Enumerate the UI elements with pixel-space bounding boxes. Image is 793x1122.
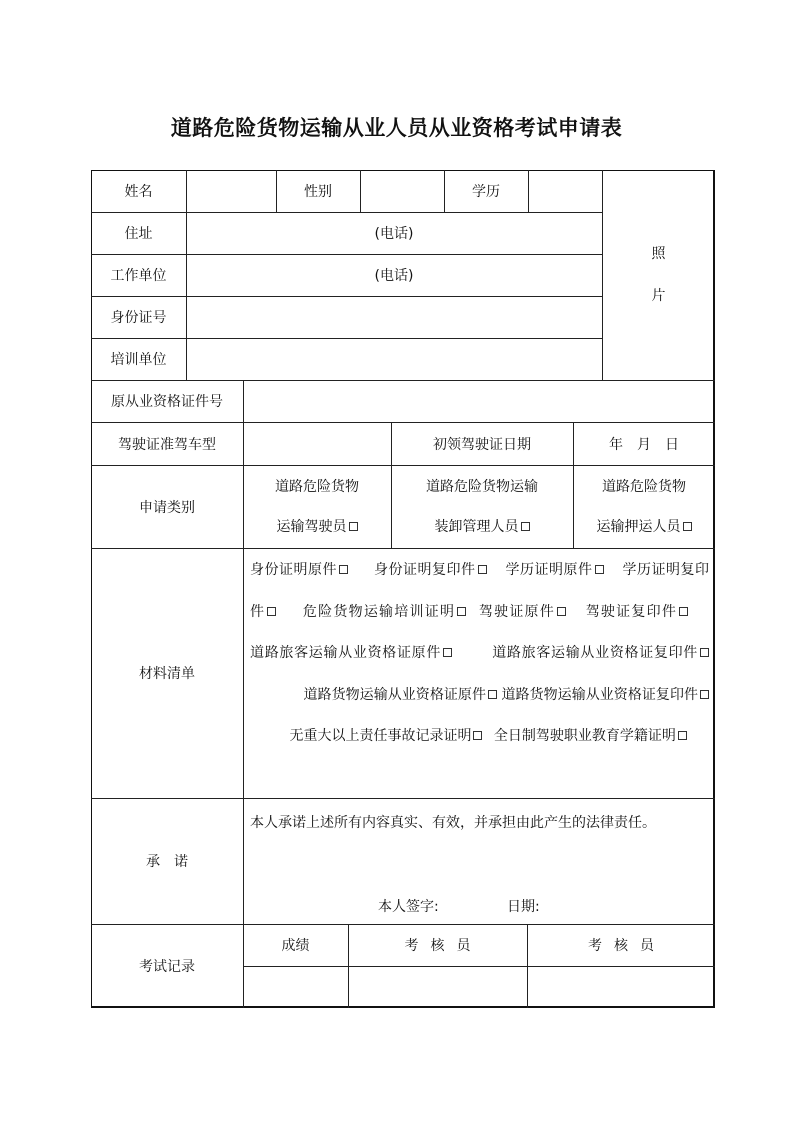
signature-label: 本人签字: [378, 896, 439, 916]
checkbox-icon[interactable] [443, 648, 452, 657]
material-item[interactable]: 道路货物运输从业资格证复印件 [502, 687, 710, 703]
category-option-text: 道路危险货物 [602, 467, 686, 507]
material-item[interactable]: 驾驶证复印件 [586, 604, 688, 620]
checkbox-icon[interactable] [488, 690, 497, 699]
employer-field[interactable]: (电话) [186, 254, 602, 296]
education-label: 学历 [444, 170, 528, 212]
education-field[interactable] [528, 170, 602, 212]
checkbox-icon[interactable] [678, 731, 687, 740]
vehicle-class-field[interactable] [243, 422, 391, 465]
checkbox-icon[interactable] [478, 565, 487, 574]
checkbox-icon[interactable] [267, 607, 276, 616]
category-option-escort[interactable]: 道路危险货物 运输押运人员 [573, 465, 715, 548]
original-cert-field[interactable] [243, 380, 715, 422]
photo-label-2: 片 [652, 275, 666, 317]
category-option-text: 运输押运人员 [597, 519, 681, 535]
material-item[interactable]: 学历证明原件 [506, 562, 604, 578]
material-item[interactable]: 身份证明复印件 [374, 562, 487, 578]
address-field[interactable]: (电话) [186, 212, 602, 254]
gender-label: 性别 [276, 170, 360, 212]
material-item[interactable]: 危险货物运输培训证明 [303, 604, 466, 620]
checkbox-icon[interactable] [339, 565, 348, 574]
checkbox-icon[interactable] [349, 522, 358, 531]
checkbox-icon[interactable] [457, 607, 466, 616]
first-issue-date-label: 初领驾驶证日期 [391, 422, 573, 465]
checkbox-icon[interactable] [473, 731, 482, 740]
employer-label: 工作单位 [91, 254, 186, 296]
checkbox-icon[interactable] [557, 607, 566, 616]
photo-area[interactable]: 照 片 [602, 170, 715, 380]
material-item[interactable]: 驾驶证原件 [479, 604, 566, 620]
training-unit-label: 培训单位 [91, 338, 186, 380]
exam-record-label: 考试记录 [91, 924, 243, 1008]
checkbox-icon[interactable] [700, 690, 709, 699]
category-option-text: 装卸管理人员 [435, 519, 519, 535]
material-item[interactable]: 无重大以上责任事故记录证明 [289, 728, 482, 744]
pledge-date-label: 日期: [507, 896, 540, 916]
material-item[interactable]: 全日制驾驶职业教育学籍证明 [494, 728, 687, 744]
form-title: 道路危险货物运输从业人员从业资格考试申请表 [0, 112, 793, 142]
examiner-2-label: 考核员 [527, 924, 715, 966]
checkbox-icon[interactable] [595, 565, 604, 574]
category-option-text: 运输驾驶员 [277, 519, 347, 535]
materials-label: 材料清单 [91, 548, 243, 798]
original-cert-label: 原从业资格证件号 [91, 380, 243, 422]
score-label: 成绩 [243, 924, 348, 966]
address-label: 住址 [91, 212, 186, 254]
examiner-1-field[interactable] [348, 966, 527, 1008]
photo-label-1: 照 [652, 233, 666, 275]
id-number-label: 身份证号 [91, 296, 186, 338]
employer-phone-label: (电话) [375, 265, 414, 285]
category-option-text: 道路危险货物 [275, 467, 359, 507]
checkbox-icon[interactable] [683, 522, 692, 531]
address-phone-label: (电话) [375, 223, 414, 243]
checkbox-icon[interactable] [521, 522, 530, 531]
category-option-text: 道路危险货物运输 [426, 467, 538, 507]
category-label: 申请类别 [91, 465, 243, 548]
signature-field[interactable] [460, 896, 500, 914]
checkbox-icon[interactable] [700, 648, 709, 657]
examiner-1-label: 考核员 [348, 924, 527, 966]
name-label: 姓名 [91, 170, 186, 212]
first-issue-date-field[interactable]: 年 月 日 [573, 422, 715, 465]
materials-checklist: 身份证明原件 身份证明复印件 学历证明原件 学历证明复印件 危险货物运输培训证明… [243, 550, 715, 758]
category-option-driver[interactable]: 道路危险货物 运输驾驶员 [243, 465, 391, 548]
name-field[interactable] [186, 170, 276, 212]
material-item[interactable]: 道路旅客运输从业资格证复印件 [492, 645, 709, 661]
material-item[interactable]: 道路旅客运输从业资格证原件 [250, 645, 452, 661]
vehicle-class-label: 驾驶证准驾车型 [91, 422, 243, 465]
material-item[interactable]: 道路货物运输从业资格证原件 [304, 687, 498, 703]
category-option-loading-manager[interactable]: 道路危险货物运输 装卸管理人员 [391, 465, 573, 548]
training-unit-field[interactable] [186, 338, 602, 380]
examiner-2-field[interactable] [527, 966, 715, 1008]
gender-field[interactable] [360, 170, 444, 212]
material-item[interactable]: 身份证明原件 [250, 562, 348, 578]
pledge-label: 承 诺 [91, 798, 243, 924]
score-field[interactable] [243, 966, 348, 1008]
checkbox-icon[interactable] [679, 607, 688, 616]
id-number-field[interactable] [186, 296, 602, 338]
pledge-statement: 本人承诺上述所有内容真实、有效，并承担由此产生的法律责任。 [250, 812, 656, 832]
